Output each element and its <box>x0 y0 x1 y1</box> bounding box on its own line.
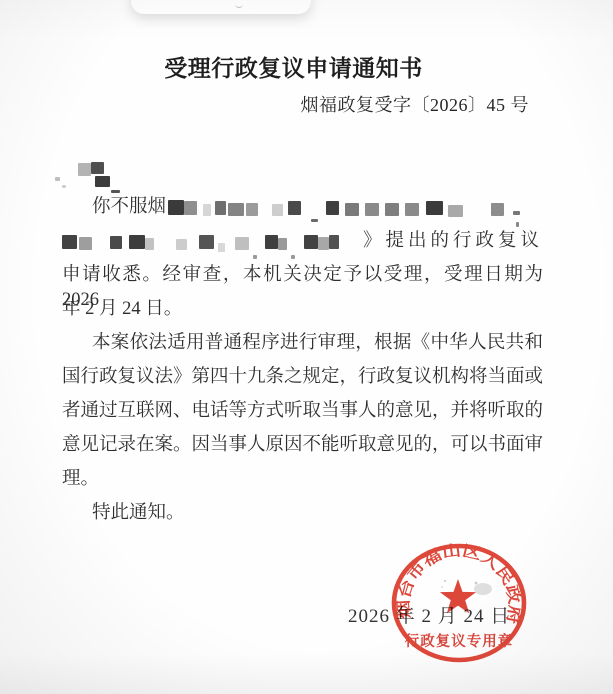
addressee-redacted-row <box>55 156 536 183</box>
redaction-block <box>203 204 211 216</box>
seal-banner-text: 行政复议专用章 <box>405 632 514 650</box>
para2-line4: 意见记录在案。因当事人原因不能听取意见的，可以书面审 <box>62 433 543 460</box>
redaction-block <box>55 177 60 181</box>
floating-card[interactable] <box>131 0 311 14</box>
redaction-block <box>491 203 504 216</box>
redaction-block <box>215 201 226 215</box>
redaction-block <box>513 211 520 215</box>
redaction-block <box>176 239 187 250</box>
redaction-block <box>365 203 379 216</box>
para1-line1: 你不服烟 <box>62 195 543 222</box>
redaction-block <box>265 235 278 249</box>
redaction-block <box>304 235 318 249</box>
redaction-block <box>168 200 184 215</box>
redaction-block <box>291 255 295 259</box>
para1-line2: 》提出的行政复议 <box>62 229 543 256</box>
redaction-block <box>78 163 91 176</box>
redaction-block <box>235 237 249 250</box>
closing-line: 特此通知。 <box>62 501 573 528</box>
para1-line2-text: 》提出的行政复议 <box>363 229 543 254</box>
redaction-block <box>95 176 110 187</box>
redaction-block <box>145 238 154 250</box>
para1-line1-text: 你不服烟 <box>62 195 166 220</box>
redaction-block <box>184 201 197 215</box>
redaction-block <box>218 243 225 252</box>
redaction-block <box>62 185 66 188</box>
official-seal: 烟台市福山区人民政府 行政复议专用章 <box>379 541 539 671</box>
para2-line5: 理。 <box>62 467 543 494</box>
redaction-block <box>318 237 329 250</box>
para2-line3: 者通过互联网、电话等方式听取当事人的意见，并将听取的 <box>62 399 543 426</box>
para1-line4: 年 2 月 24 日。 <box>62 297 543 324</box>
redaction-block <box>199 235 214 249</box>
redaction-block <box>91 162 104 174</box>
redaction-block <box>448 205 463 217</box>
document-title: 受理行政复议申请通知书 <box>0 50 600 83</box>
redaction-block <box>228 203 244 216</box>
redaction-block <box>288 201 301 215</box>
redaction-block <box>405 203 419 216</box>
redaction-block <box>272 204 283 216</box>
redaction-block <box>345 203 359 216</box>
redaction-block <box>326 201 339 215</box>
redaction-block <box>246 203 258 216</box>
para2-line1: 本案依法适用普通程序进行审理，根据《中华人民共和 <box>62 331 543 358</box>
redaction-mosaic <box>62 229 339 254</box>
redaction-block <box>79 237 92 250</box>
redaction-mosaic <box>55 156 120 181</box>
redaction-mosaic <box>166 195 519 220</box>
redaction-block <box>516 222 519 227</box>
seal-star-icon <box>440 579 476 613</box>
document-page: 受理行政复议申请通知书 烟福政复受字〔2026〕45 号 你不服烟 》提出的行政… <box>0 0 613 694</box>
redaction-block <box>311 219 318 222</box>
redaction-block <box>111 190 120 193</box>
redaction-block <box>253 255 257 259</box>
card-handle-mark <box>235 2 243 8</box>
para1-line3: 申请收悉。经审查，本机关决定予以受理，受理日期为 2026 <box>62 263 543 290</box>
redaction-block <box>385 203 399 216</box>
redaction-block <box>110 236 122 249</box>
para2-line2: 国行政复议法》第四十九条之规定，行政复议机构将当面或 <box>62 365 543 392</box>
document-number: 烟福政复受字〔2026〕45 号 <box>301 91 530 117</box>
redaction-block <box>129 235 145 249</box>
redaction-block <box>426 201 443 215</box>
redaction-block <box>62 235 77 249</box>
redaction-block <box>329 235 339 249</box>
redaction-block <box>278 238 287 250</box>
